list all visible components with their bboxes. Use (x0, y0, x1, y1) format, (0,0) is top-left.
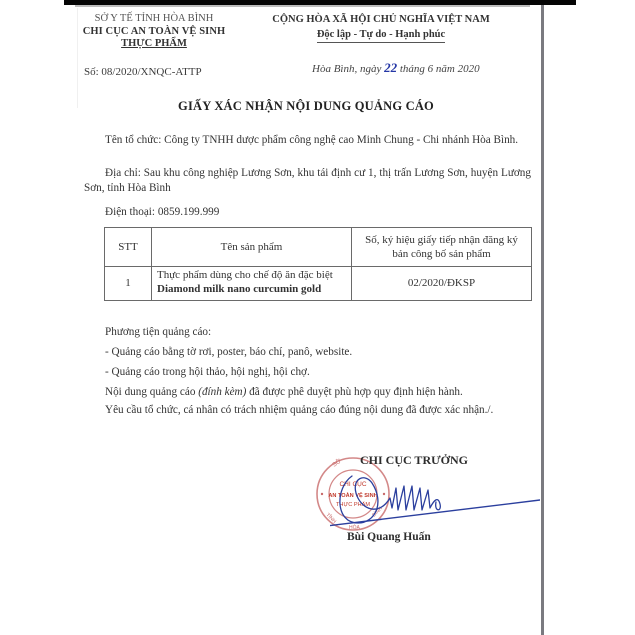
cell-stt: 1 (105, 267, 152, 301)
media-item: - Quảng cáo bằng tờ rơi, poster, báo chí… (105, 346, 352, 358)
country-name: CỘNG HÒA XÃ HỘI CHỦ NGHĨA VIỆT NAM (250, 13, 512, 26)
date-prefix: Hòa Bình, ngày (312, 63, 384, 75)
approval-statement: Nội dung quảng cáo (đính kèm) đã được ph… (105, 386, 463, 398)
product-brand-name: Diamond milk nano curcumin gold (157, 283, 321, 295)
organization-address: Địa chỉ: Sau khu công nghiệp Lương Sơn, … (84, 166, 531, 196)
handwritten-signature-icon (330, 468, 540, 538)
issue-date: Hòa Bình, ngày 22 tháng 6 năm 2020 (312, 60, 480, 76)
scan-shadow (75, 5, 530, 7)
cell-registration: 02/2020/ĐKSP (352, 267, 532, 301)
organization-name: Tên tổ chức: Công ty TNHH dược phẩm công… (84, 133, 531, 148)
agency-name-line1: CHI CỤC AN TOÀN VỆ SINH (70, 26, 238, 39)
product-category: Thực phẩm dùng cho chế độ ăn đặc biệt (157, 269, 333, 281)
header-stt: STT (105, 228, 152, 267)
national-header: CỘNG HÒA XÃ HỘI CHỦ NGHĨA VIỆT NAM Độc l… (250, 13, 512, 43)
media-item: - Quảng cáo trong hội thảo, hội nghị, hộ… (105, 366, 310, 378)
approval-attachment-note: (đính kèm) (198, 386, 246, 398)
department-name: SỞ Y TẾ TỈNH HÒA BÌNH (70, 13, 238, 26)
national-motto: Độc lập - Tự do - Hạnh phúc (317, 28, 445, 43)
requirement-statement: Yêu cầu tổ chức, cá nhân có trách nhiệm … (84, 402, 531, 419)
media-label: Phương tiện quảng cáo: (105, 326, 211, 338)
issuer-header: SỞ Y TẾ TỈNH HÒA BÌNH CHI CỤC AN TOÀN VỆ… (70, 13, 238, 51)
product-table: STT Tên sản phẩm Số, ký hiệu giấy tiếp n… (104, 227, 532, 301)
scan-right-edge (541, 5, 544, 635)
cell-product-name: Thực phẩm dùng cho chế độ ăn đặc biệt Di… (152, 267, 352, 301)
approval-suffix: đã được phê duyệt phù hợp quy định hiện … (246, 386, 462, 398)
table-row: 1 Thực phẩm dùng cho chế độ ăn đặc biệt … (105, 267, 532, 301)
signer-name: Bùi Quang Huấn (347, 531, 431, 543)
date-suffix: tháng 6 năm 2020 (397, 63, 480, 75)
signer-position: CHI CỤC TRƯỞNG (334, 453, 494, 468)
handwritten-day: 22 (384, 60, 397, 75)
table-header-row: STT Tên sản phẩm Số, ký hiệu giấy tiếp n… (105, 228, 532, 267)
document-title: GIẤY XÁC NHẬN NỘI DUNG QUẢNG CÁO (80, 99, 532, 114)
organization-phone: Điện thoại: 0859.199.999 (84, 205, 531, 220)
header-product-name: Tên sản phẩm (152, 228, 352, 267)
header-registration: Số, ký hiệu giấy tiếp nhận đăng ký bản c… (352, 228, 532, 267)
document-number: Số: 08/2020/XNQC-ATTP (84, 66, 202, 78)
agency-name-line2: THỰC PHẨM (121, 38, 187, 49)
approval-prefix: Nội dung quảng cáo (105, 386, 198, 398)
